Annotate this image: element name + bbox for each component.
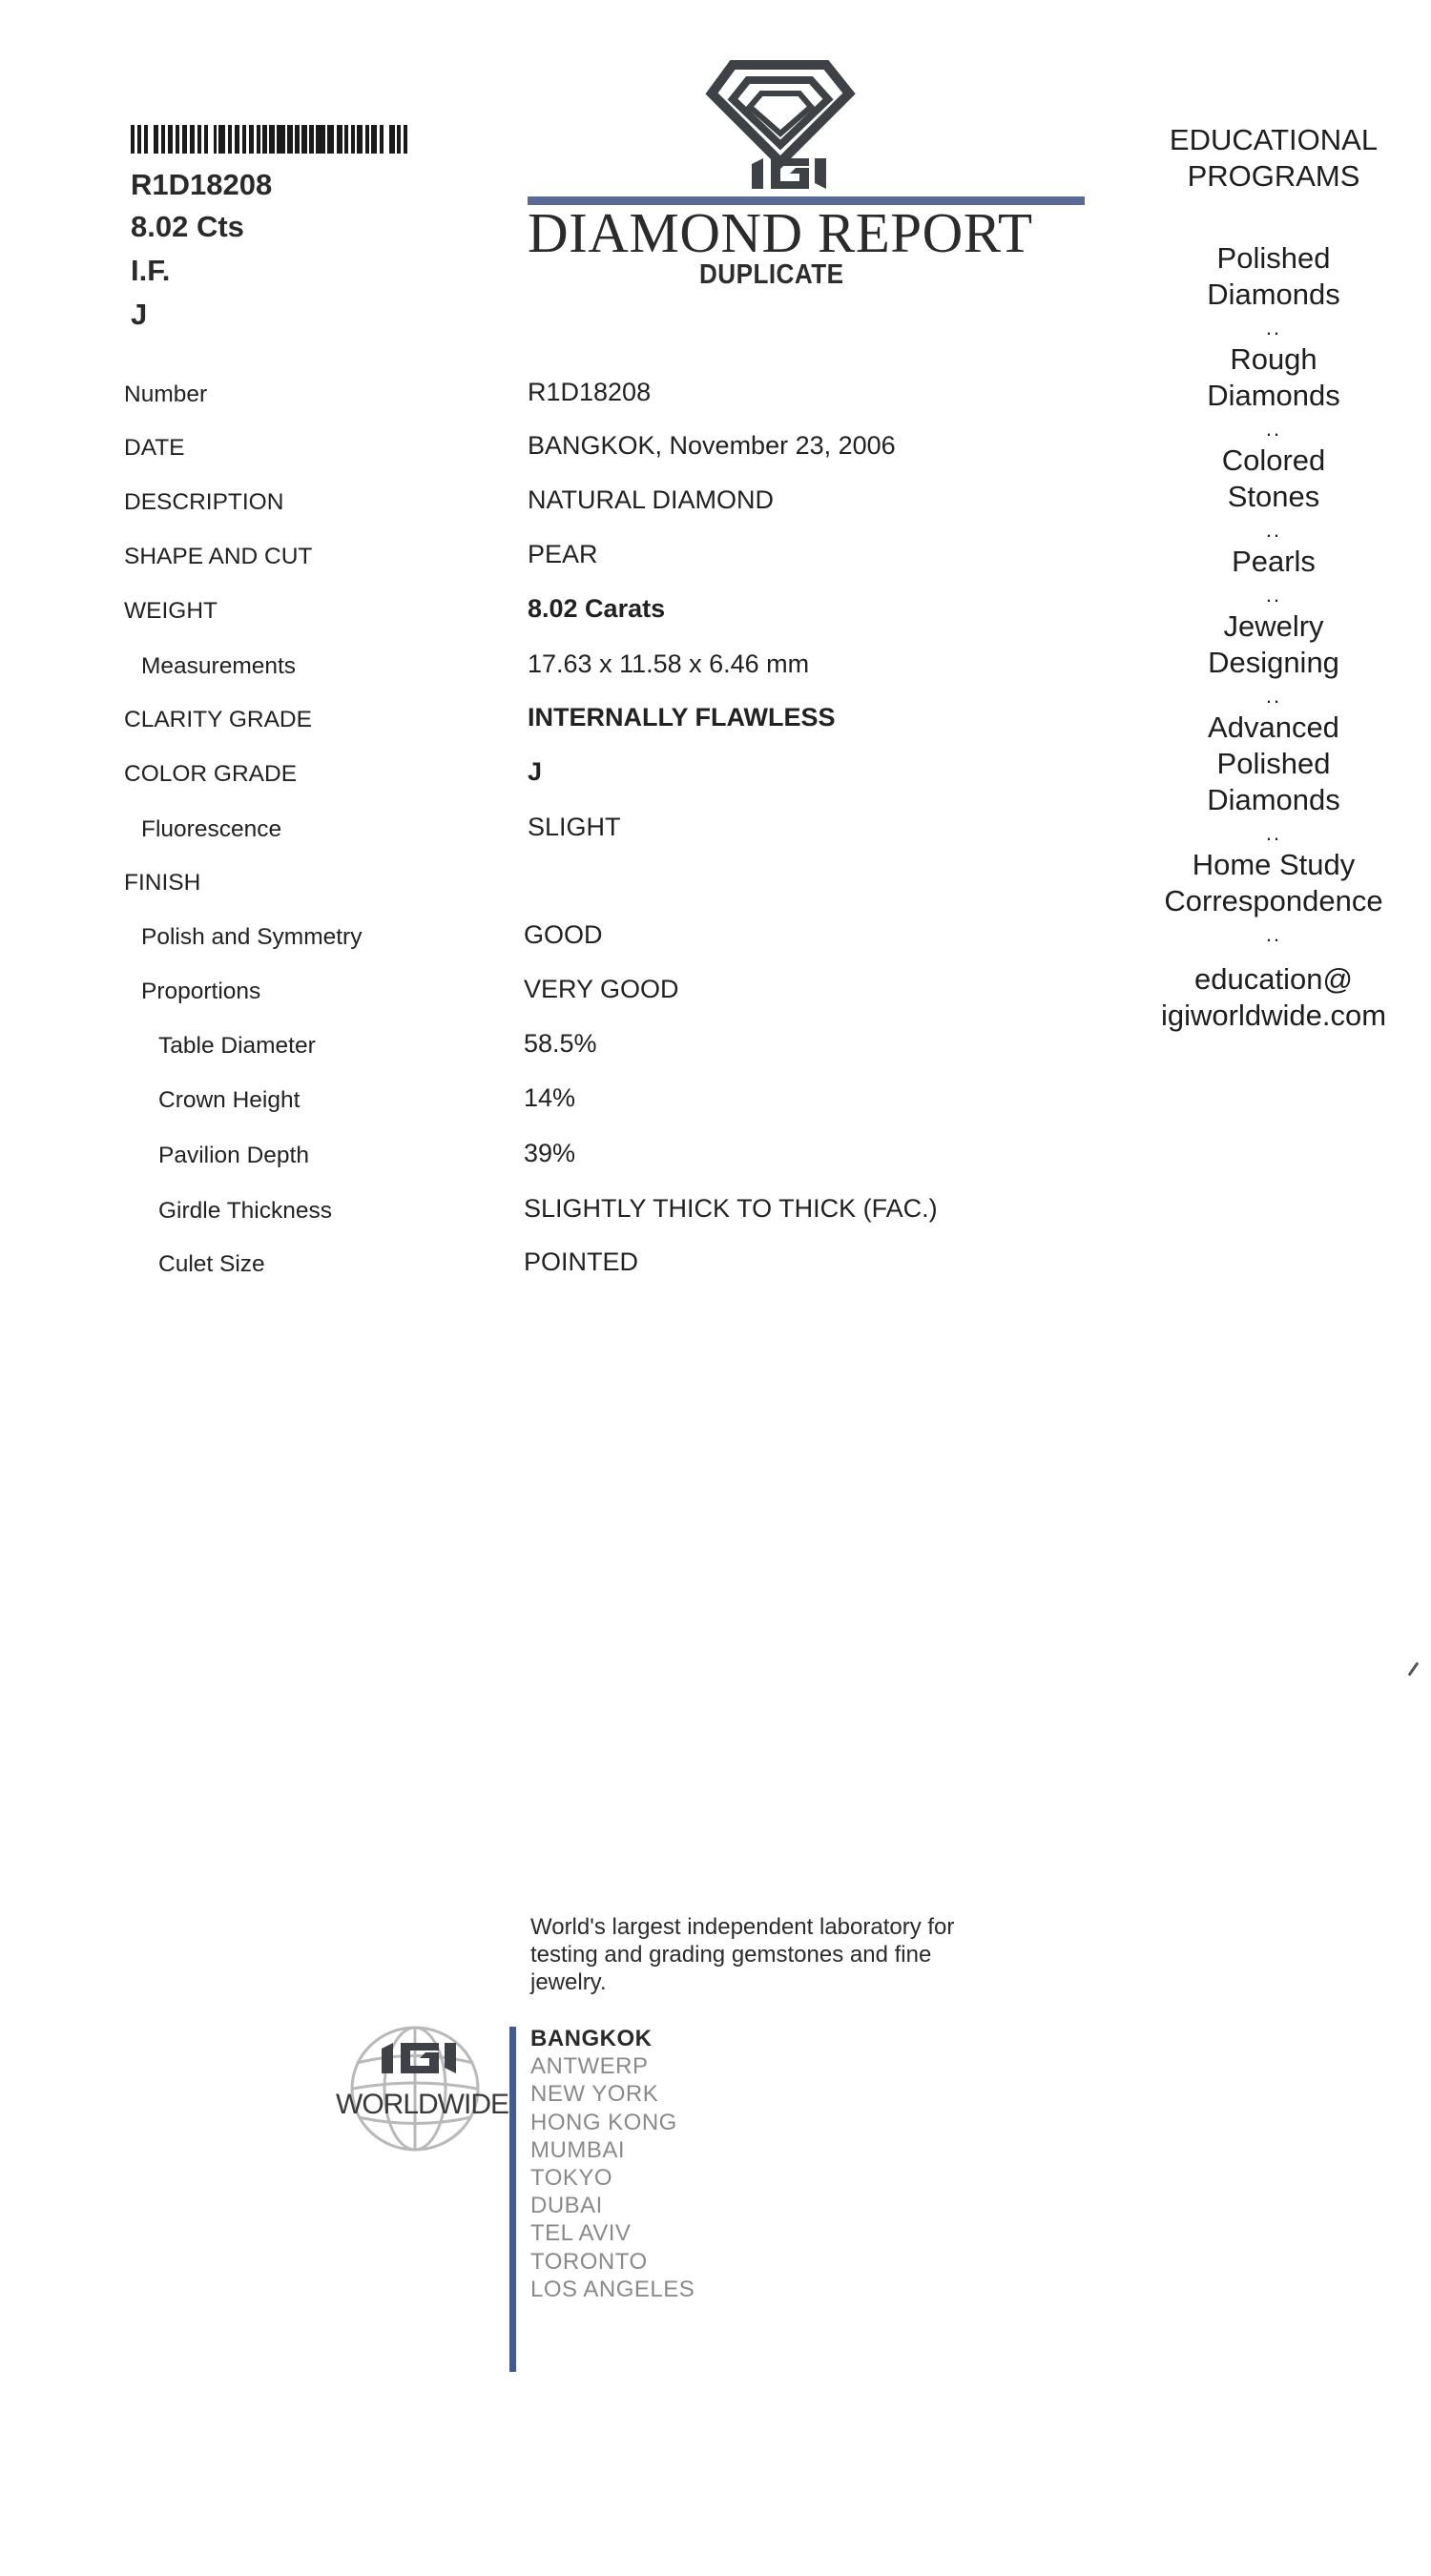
stub-color: J [131,299,147,329]
field-value: 8.02 Carats [528,594,665,624]
field-value: 39% [524,1139,575,1168]
field-value: INTERNALLY FLAWLESS [528,703,836,732]
edu-program-line: Rough [1130,341,1417,378]
field-label: WEIGHT [124,598,218,625]
field-label: Culet Size [158,1251,265,1278]
edu-program-line: Designing [1130,645,1417,681]
office-city: DUBAI [530,2193,603,2219]
edu-program: Home StudyCorrespondence [1130,847,1417,919]
barcode-icon [131,125,407,154]
igi-diamond-logo-icon [704,57,857,191]
edu-separator: .. [1130,925,1417,944]
edu-separator: .. [1130,687,1417,706]
office-city: BANGKOK [530,2026,653,2052]
field-value: GOOD [524,920,603,950]
field-value: NATURAL DIAMOND [528,485,774,515]
field-label: Crown Height [158,1087,300,1114]
stub-clarity: I.F. [131,256,170,285]
edu-separator: .. [1130,521,1417,540]
edu-separator: .. [1130,586,1417,605]
edu-program: AdvancedPolishedDiamonds [1130,710,1417,818]
field-label: Number [124,381,207,408]
field-label: Proportions [141,979,260,1005]
field-label: FINISH [124,870,200,896]
field-label: DATE [124,435,185,462]
field-label: Pavilion Depth [158,1143,309,1169]
edu-program-line: Polished [1130,746,1417,782]
edu-program-line: Diamonds [1130,782,1417,818]
field-value: R1D18208 [528,378,651,407]
edu-separator: .. [1130,824,1417,843]
edu-program-line: Polished [1130,240,1417,277]
stub-weight: 8.02 Cts [131,212,244,241]
edu-program-line: Stones [1130,479,1417,515]
scan-artifact [1408,1662,1420,1677]
field-value: SLIGHT [528,813,621,842]
edu-heading: PROGRAMS [1130,158,1417,195]
edu-email[interactable]: education@ [1130,961,1417,998]
field-label: Fluorescence [141,816,281,843]
edu-separator: .. [1130,420,1417,439]
edu-program-line: Advanced [1130,710,1417,746]
edu-program-line: Home Study [1130,847,1417,883]
stub-number: R1D18208 [131,170,272,199]
field-label: Polish and Symmetry [141,924,362,951]
edu-program-line: Pearls [1130,544,1417,580]
office-city: LOS ANGELES [530,2277,695,2303]
field-value: 17.63 x 11.58 x 6.46 mm [528,649,809,679]
office-city: TORONTO [530,2249,648,2276]
footer-accent-bar [509,2027,516,2372]
office-city: NEW YORK [530,2081,658,2108]
field-label: DESCRIPTION [124,489,283,516]
report-subtitle: DUPLICATE [699,259,843,291]
edu-program: ColoredStones [1130,443,1417,515]
edu-program-line: Correspondence [1130,883,1417,919]
field-value: J [528,757,542,787]
edu-program: Pearls [1130,544,1417,580]
field-value: PEAR [528,540,598,569]
field-value: VERY GOOD [524,975,679,1004]
edu-program-line: Diamonds [1130,378,1417,414]
field-label: SHAPE AND CUT [124,544,312,570]
field-label: Table Diameter [158,1033,316,1060]
report-title: DIAMOND REPORT [528,200,1033,266]
field-label: Girdle Thickness [158,1198,332,1225]
edu-program-line: Jewelry [1130,608,1417,645]
field-label: CLARITY GRADE [124,707,312,733]
edu-email[interactable]: igiworldwide.com [1130,998,1417,1034]
edu-program-line: Colored [1130,443,1417,479]
field-value: 58.5% [524,1029,597,1059]
footer-tagline: World's largest independent laboratory f… [530,1913,988,1996]
edu-program-line: Diamonds [1130,277,1417,313]
office-city: TOKYO [530,2165,612,2192]
edu-heading: EDUCATIONAL [1130,122,1417,158]
office-city: HONG KONG [530,2110,677,2136]
field-label: COLOR GRADE [124,761,297,788]
educational-programs: EDUCATIONALPROGRAMSPolishedDiamonds..Rou… [1130,122,1417,1034]
field-value: BANGKOK, November 23, 2006 [528,431,896,461]
field-label: Measurements [141,653,296,680]
field-value: POINTED [524,1247,638,1277]
field-value: 14% [524,1083,575,1113]
edu-program: JewelryDesigning [1130,608,1417,681]
office-city: TEL AVIV [530,2220,631,2247]
edu-program: RoughDiamonds [1130,341,1417,414]
office-city: MUMBAI [530,2137,625,2164]
edu-separator: .. [1130,319,1417,338]
worldwide-label: WORLDWIDE [336,2089,508,2121]
field-value: SLIGHTLY THICK TO THICK (FAC.) [524,1194,938,1224]
edu-program: PolishedDiamonds [1130,240,1417,313]
office-city: ANTWERP [530,2053,649,2080]
